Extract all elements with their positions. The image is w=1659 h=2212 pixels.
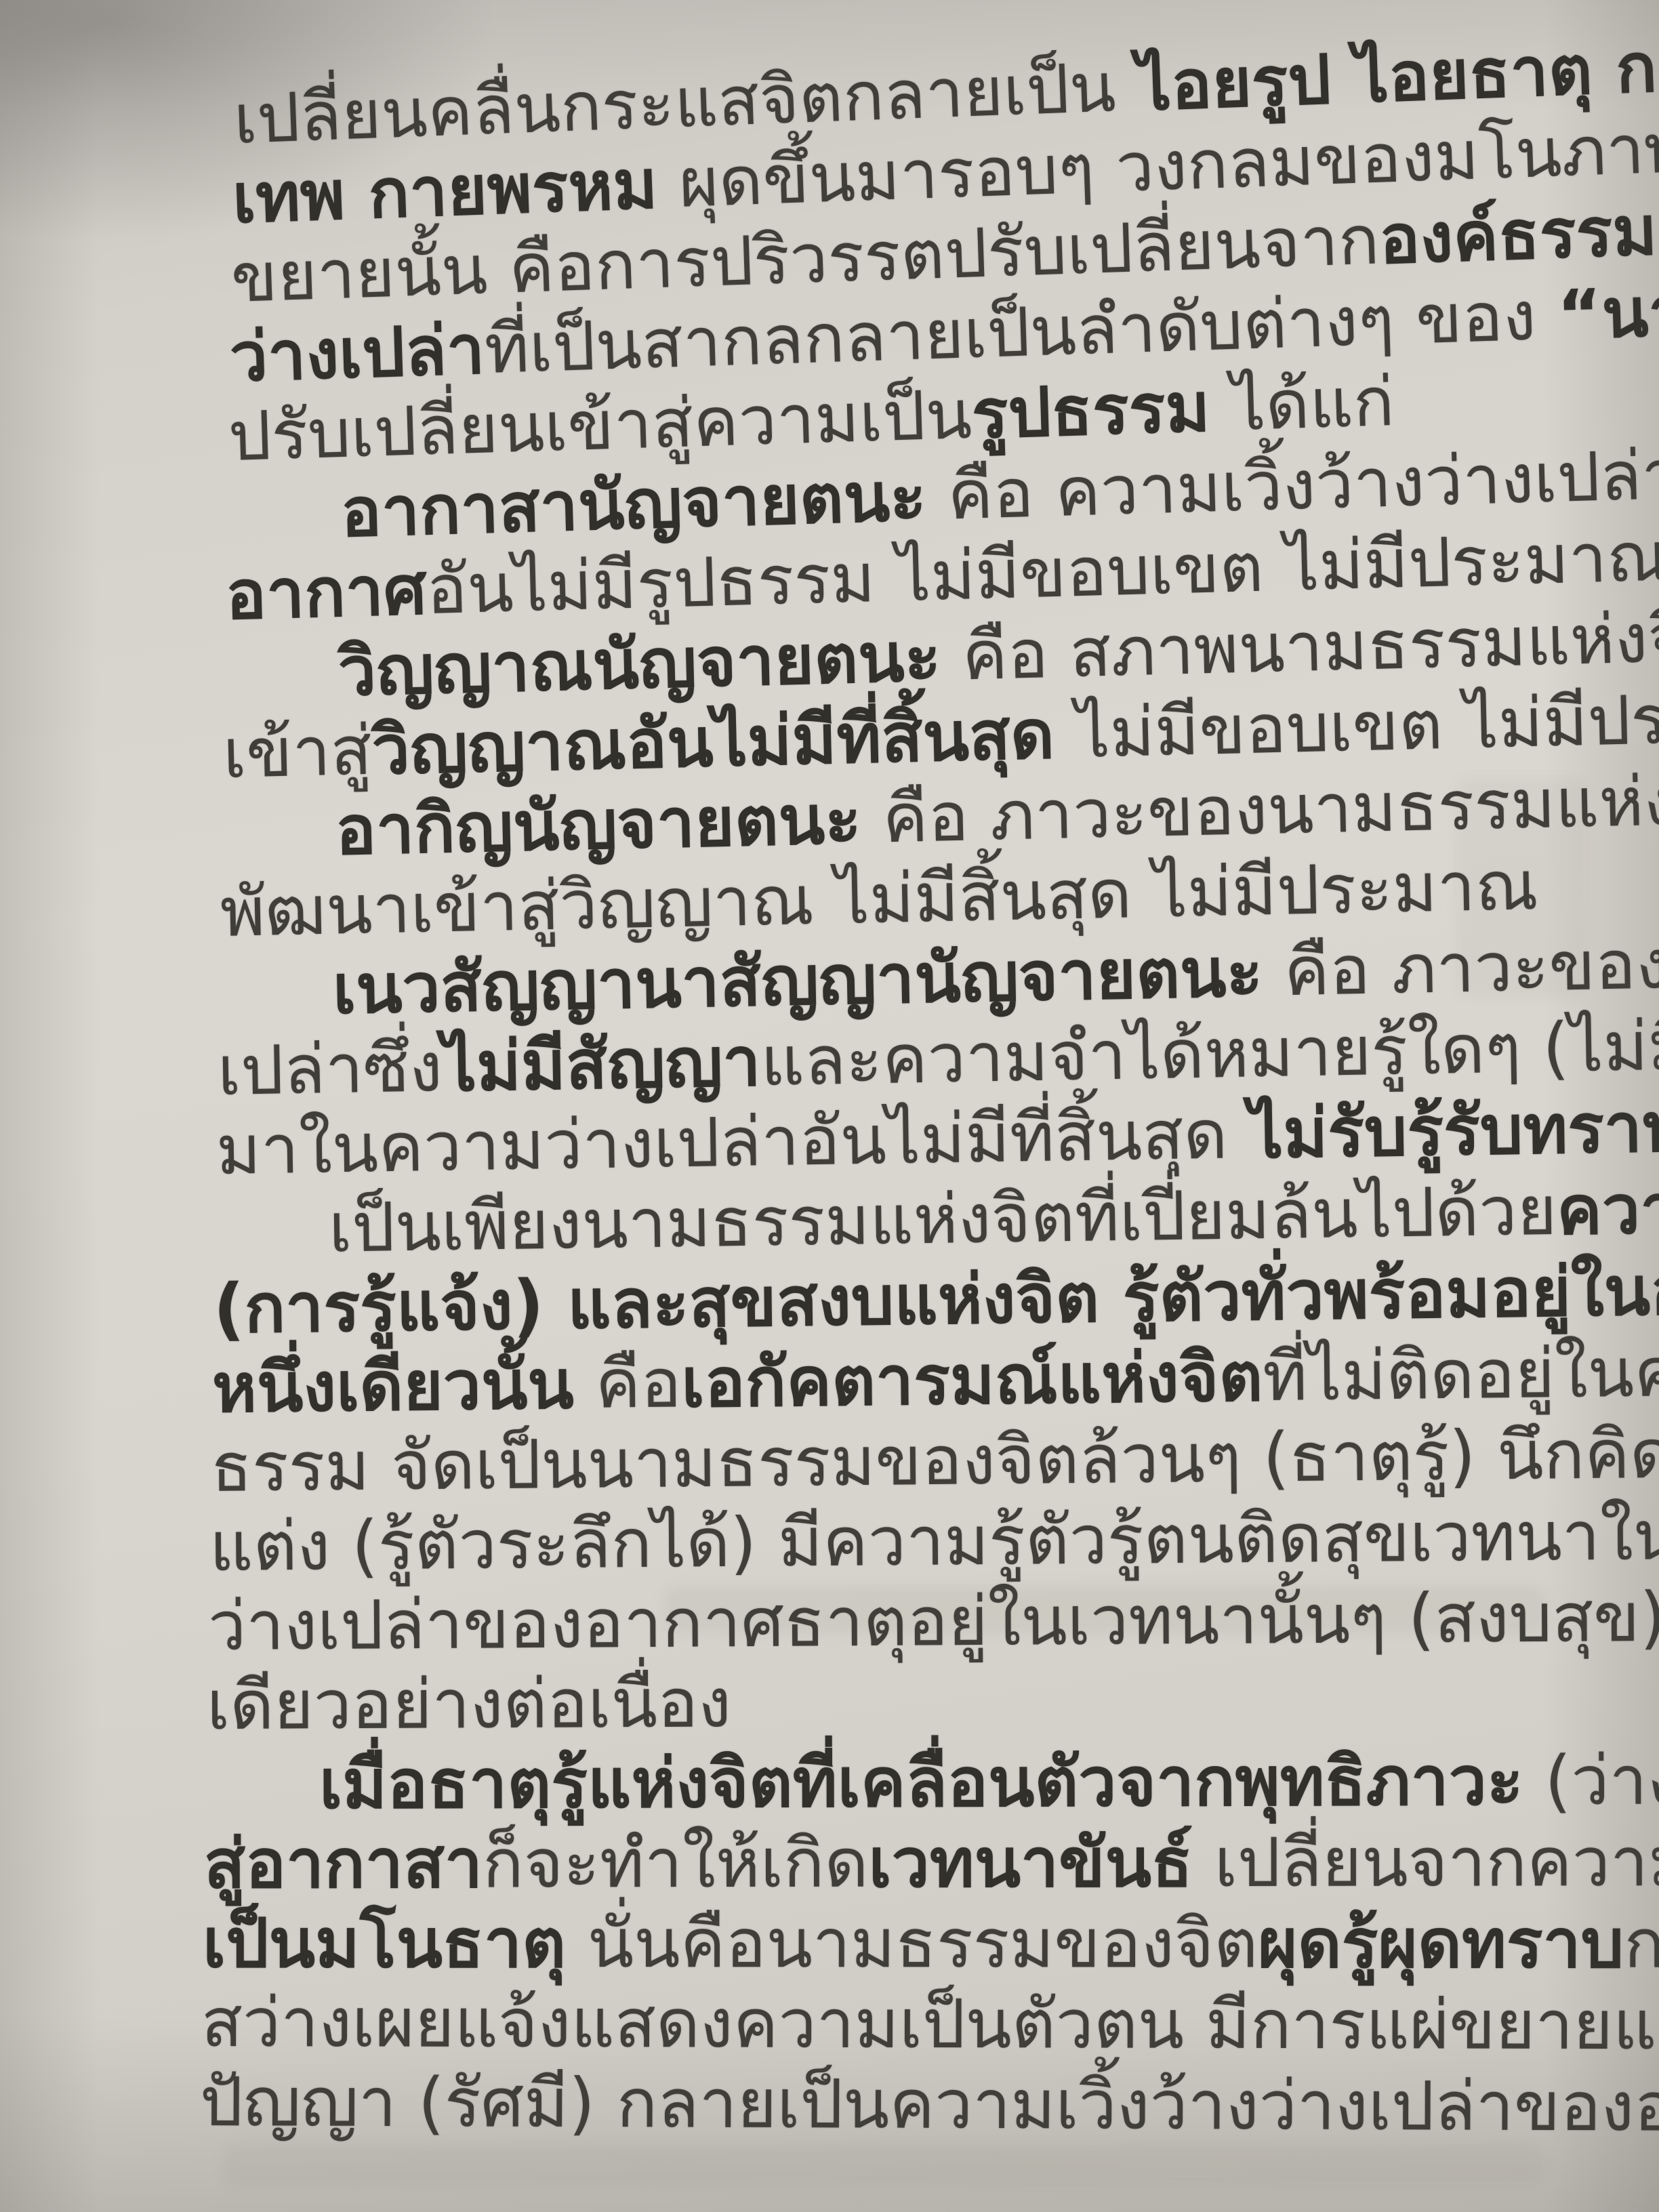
text-line: สว่างเผยแจ้งแสดงความเป็นตัวตน มีการแผ่ขย… <box>201 1983 1475 2065</box>
text-segment: เปลี่ยนจากความว่างเปล่ากลาย <box>1193 1822 1659 1902</box>
text-segment: เป็นมโนธาตุ <box>203 1904 566 1983</box>
text-segment: ธรรม จัดเป็นนามธรรมของจิตล้วนๆ (ธาตุรู้)… <box>210 1411 1659 1507</box>
text-segment: ปัญญา (รัศมี) กลายเป็นความเวิ้งว้างว่างเ… <box>200 2062 1659 2148</box>
text-segment: คือ <box>573 1343 682 1424</box>
text-segment: ว่างเปล่าของอากาศธาตุอยู่ในเวทนานั้นๆ (ส… <box>208 1575 1659 1666</box>
text-segment: เทพ กายพรหม <box>231 144 659 239</box>
book-page-photo: เปลี่ยนคลื่นกระแสจิตกลายเป็น ไอยรูป ไอยธ… <box>0 0 1659 2212</box>
text-segment: กลายเป็นแสง <box>1624 1904 1659 1984</box>
text-segment: เมื่อธาตุรู้แห่งจิตที่เคลื่อนตัวจากพุทธิ… <box>319 1741 1523 1824</box>
text-segment: นั่นคือนามธรรมของจิต <box>566 1904 1258 1983</box>
ink-bleed-through <box>224 2145 1545 2186</box>
text-segment: วิญญาณนัญจายตนะ <box>337 617 941 712</box>
text-segment: แต่ง (รู้ตัวระลึกได้) มีความรู้ตัวรู้ตนต… <box>209 1493 1659 1586</box>
text-segment: ไอยรูป ไอยธาตุ กายทิพย์ กาย- <box>1136 14 1659 126</box>
text-line: หนึ่งเดียวนั้น คือเอกัคตารมณ์แห่งจิตที่ไ… <box>211 1334 1486 1428</box>
text-line: ว่างเปล่าของอากาศธาตุอยู่ในเวทนานั้นๆ (ส… <box>208 1578 1483 1666</box>
text-segment: คือ ภาวะของความว่าง- <box>1262 919 1659 1012</box>
text-line: ปัญญา (รัศมี) กลายเป็นความเวิ้งว้างว่างเ… <box>200 2062 1474 2146</box>
text-segment: ว่างเปล่า <box>228 310 486 397</box>
text-line: สู่อากาสาก็จะทำให้เกิดเวทนาขันธ์ เปลี่ยน… <box>204 1823 1478 1904</box>
text-segment: อากิญนัญจายตนะ <box>335 779 862 870</box>
text-segment: รูปธรรม <box>970 367 1211 454</box>
text-segment: สู่อากาสา <box>204 1824 483 1904</box>
text-segment: เปล่าซึ่ง <box>217 1027 443 1111</box>
text-line: เป็นมโนธาตุ นั่นคือนามธรรมของจิตผุดรู้ผุ… <box>203 1904 1477 1984</box>
text-line: เดียวอย่างต่อเนื่อง <box>207 1660 1481 1745</box>
text-segment: ไม่มีสัญญา <box>442 1022 762 1107</box>
text-segment: ได้แก่ <box>1209 362 1395 447</box>
text-segment: เนวสัญญานาสัญญานัญจายตนะ <box>332 933 1263 1029</box>
text-segment: เป็นเพียงนามธรรมแห่งจิตที่เปี่ยมล้นไปด้ว… <box>328 1171 1557 1268</box>
text-segment: มาในความว่างเปล่าอันไม่มีที่สิ้นสุด <box>216 1094 1250 1190</box>
text-line: เมื่อธาตุรู้แห่งจิตที่เคลื่อนตัวจากพุทธิ… <box>205 1741 1479 1824</box>
text-segment: “นามธรรม” <box>1556 264 1659 355</box>
text-line: (การรู้แจ้ง) และสุขสงบแห่งจิต รู้ตัวทั่ว… <box>213 1253 1488 1349</box>
text-segment: ความสว่างไสว <box>1556 1165 1659 1250</box>
text-segment: ผุดรู้ผุดทราบ <box>1258 1904 1624 1983</box>
text-line: ธรรม จัดเป็นนามธรรมของจิตล้วนๆ (ธาตุรู้)… <box>210 1416 1485 1507</box>
text-line: แต่ง (รู้ตัวระลึกได้) มีความรู้ตัวรู้ตนต… <box>209 1497 1484 1586</box>
text-segment: อากาสานัญจายตนะ <box>340 456 927 552</box>
text-segment: ที่ไม่ติดอยู่ในความเป็นรูป- <box>1263 1329 1659 1416</box>
text-segment: ไม่รับรู้รับทราบ <box>1248 1088 1659 1174</box>
text-segment: อากาศ <box>224 550 427 635</box>
text-segment: ก็จะทำให้เกิด <box>483 1824 868 1904</box>
page-text-block: เปลี่ยนคลื่นกระแสจิตกลายเป็น ไอยรูป ไอยธ… <box>0 80 1508 2142</box>
text-segment: เวทนาขันธ์ <box>868 1823 1193 1903</box>
text-segment: วิญญาณอันไม่มีที่สิ้นสุด <box>371 695 1055 790</box>
text-segment: สว่างเผยแจ้งแสดงความเป็นตัวตน มีการแผ่ขย… <box>201 1983 1659 2066</box>
text-segment: เดียวอย่างต่อเนื่อง <box>207 1663 731 1745</box>
text-segment: เอกัคตารมณ์แห่งจิต <box>681 1337 1263 1422</box>
text-segment: (ว่างเปล่า) เข้า <box>1523 1740 1659 1820</box>
text-segment: หนึ่งเดียวนั้น <box>211 1345 574 1428</box>
text-segment: เข้าสู่ <box>222 711 373 794</box>
